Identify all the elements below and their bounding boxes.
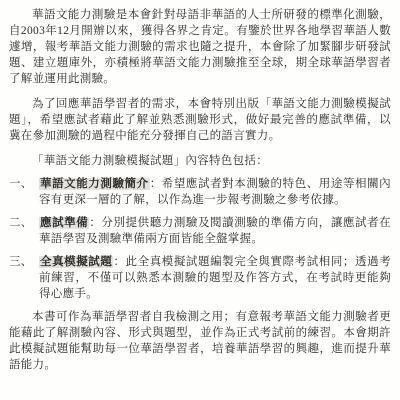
list-item-number: 一、 [9, 176, 39, 208]
document-page: 華語文能力測驗是本會針對母語非華語的人士所研發的標準化測驗，自2003年12月開… [0, 0, 400, 400]
list-item-number: 二、 [9, 215, 39, 247]
list-item-colon: ： [89, 217, 101, 229]
list-item-body: 全真模擬試題：此全真模擬試題編製完全與實際考試相同；透過考前練習，不僅可以熟悉本… [39, 254, 391, 302]
list-item-body: 應試準備：分別提供聽力測驗及閱讀測驗的準備方向，讓應試者在華語學習及測驗準備兩方… [39, 215, 391, 247]
list-item: 二、 應試準備：分別提供聽力測驗及閱讀測驗的準備方向，讓應試者在華語學習及測驗準… [9, 215, 391, 247]
list-item-colon: ： [150, 178, 162, 190]
paragraph-test-introduction: 華語文能力測驗是本會針對母語非華語的人士所研發的標準化測驗，自2003年12月開… [9, 7, 391, 87]
list-item: 三、 全真模擬試題：此全真模擬試題編製完全與實際考試相同；透過考前練習，不僅可以… [9, 254, 391, 302]
list-item-term: 華語文能力測驗簡介 [39, 178, 150, 190]
features-list: 一、 華語文能力測驗簡介：希望應試者對本測驗的特色、用途等相關內容有更深一層的了… [9, 176, 391, 302]
paragraph-publication-purpose: 為了回應華語學習者的需求，本會特別出版「華語文能力測驗模擬試題」，希望應試者藉此… [9, 96, 391, 144]
list-item: 一、 華語文能力測驗簡介：希望應試者對本測驗的特色、用途等相關內容有更深一層的了… [9, 176, 391, 208]
paragraph-features-intro: 「華語文能力測驗模擬試題」內容特色包括： [9, 153, 391, 169]
list-item-body: 華語文能力測驗簡介：希望應試者對本測驗的特色、用途等相關內容有更深一層的了解，以… [39, 176, 391, 208]
paragraph-closing: 本書可作為華語學習者自我檢測之用；有意報考華語文能力測驗者更能藉此了解測驗內容、… [9, 309, 391, 373]
list-item-term: 全真模擬試題 [39, 256, 113, 268]
list-item-colon: ： [113, 256, 125, 268]
list-item-term: 應試準備 [39, 217, 89, 229]
list-item-number: 三、 [9, 254, 39, 302]
